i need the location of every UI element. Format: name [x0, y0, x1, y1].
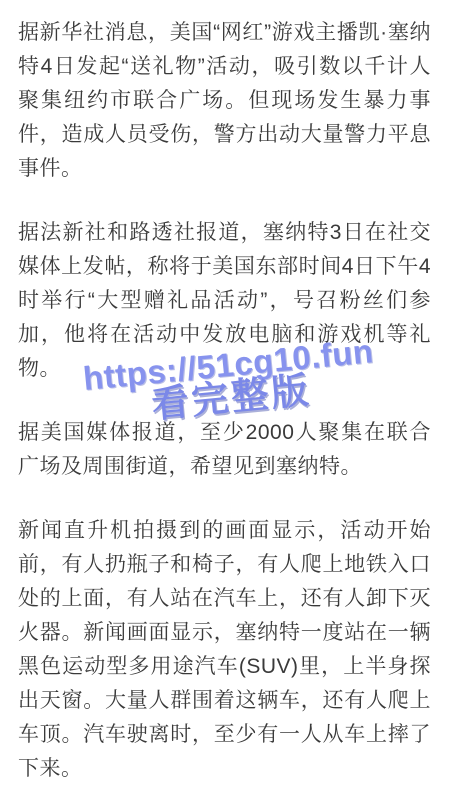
article-paragraph: 新闻直升机拍摄到的画面显示，活动开始前，有人扔瓶子和椅子，有人爬上地铁入口处的上… — [18, 514, 431, 786]
article-body: 据新华社消息，美国“网红”游戏主播凯·塞纳特4日发起“送礼物”活动，吸引数以千计… — [0, 0, 449, 786]
article-paragraph: 据新华社消息，美国“网红”游戏主播凯·塞纳特4日发起“送礼物”活动，吸引数以千计… — [18, 16, 431, 186]
article-paragraph: 据法新社和路透社报道，塞纳特3日在社交媒体上发帖，称将于美国东部时间4日下午4时… — [18, 216, 431, 386]
article-paragraph: 据美国媒体报道，至少2000人聚集在联合广场及周围街道，希望见到塞纳特。 — [18, 416, 431, 484]
